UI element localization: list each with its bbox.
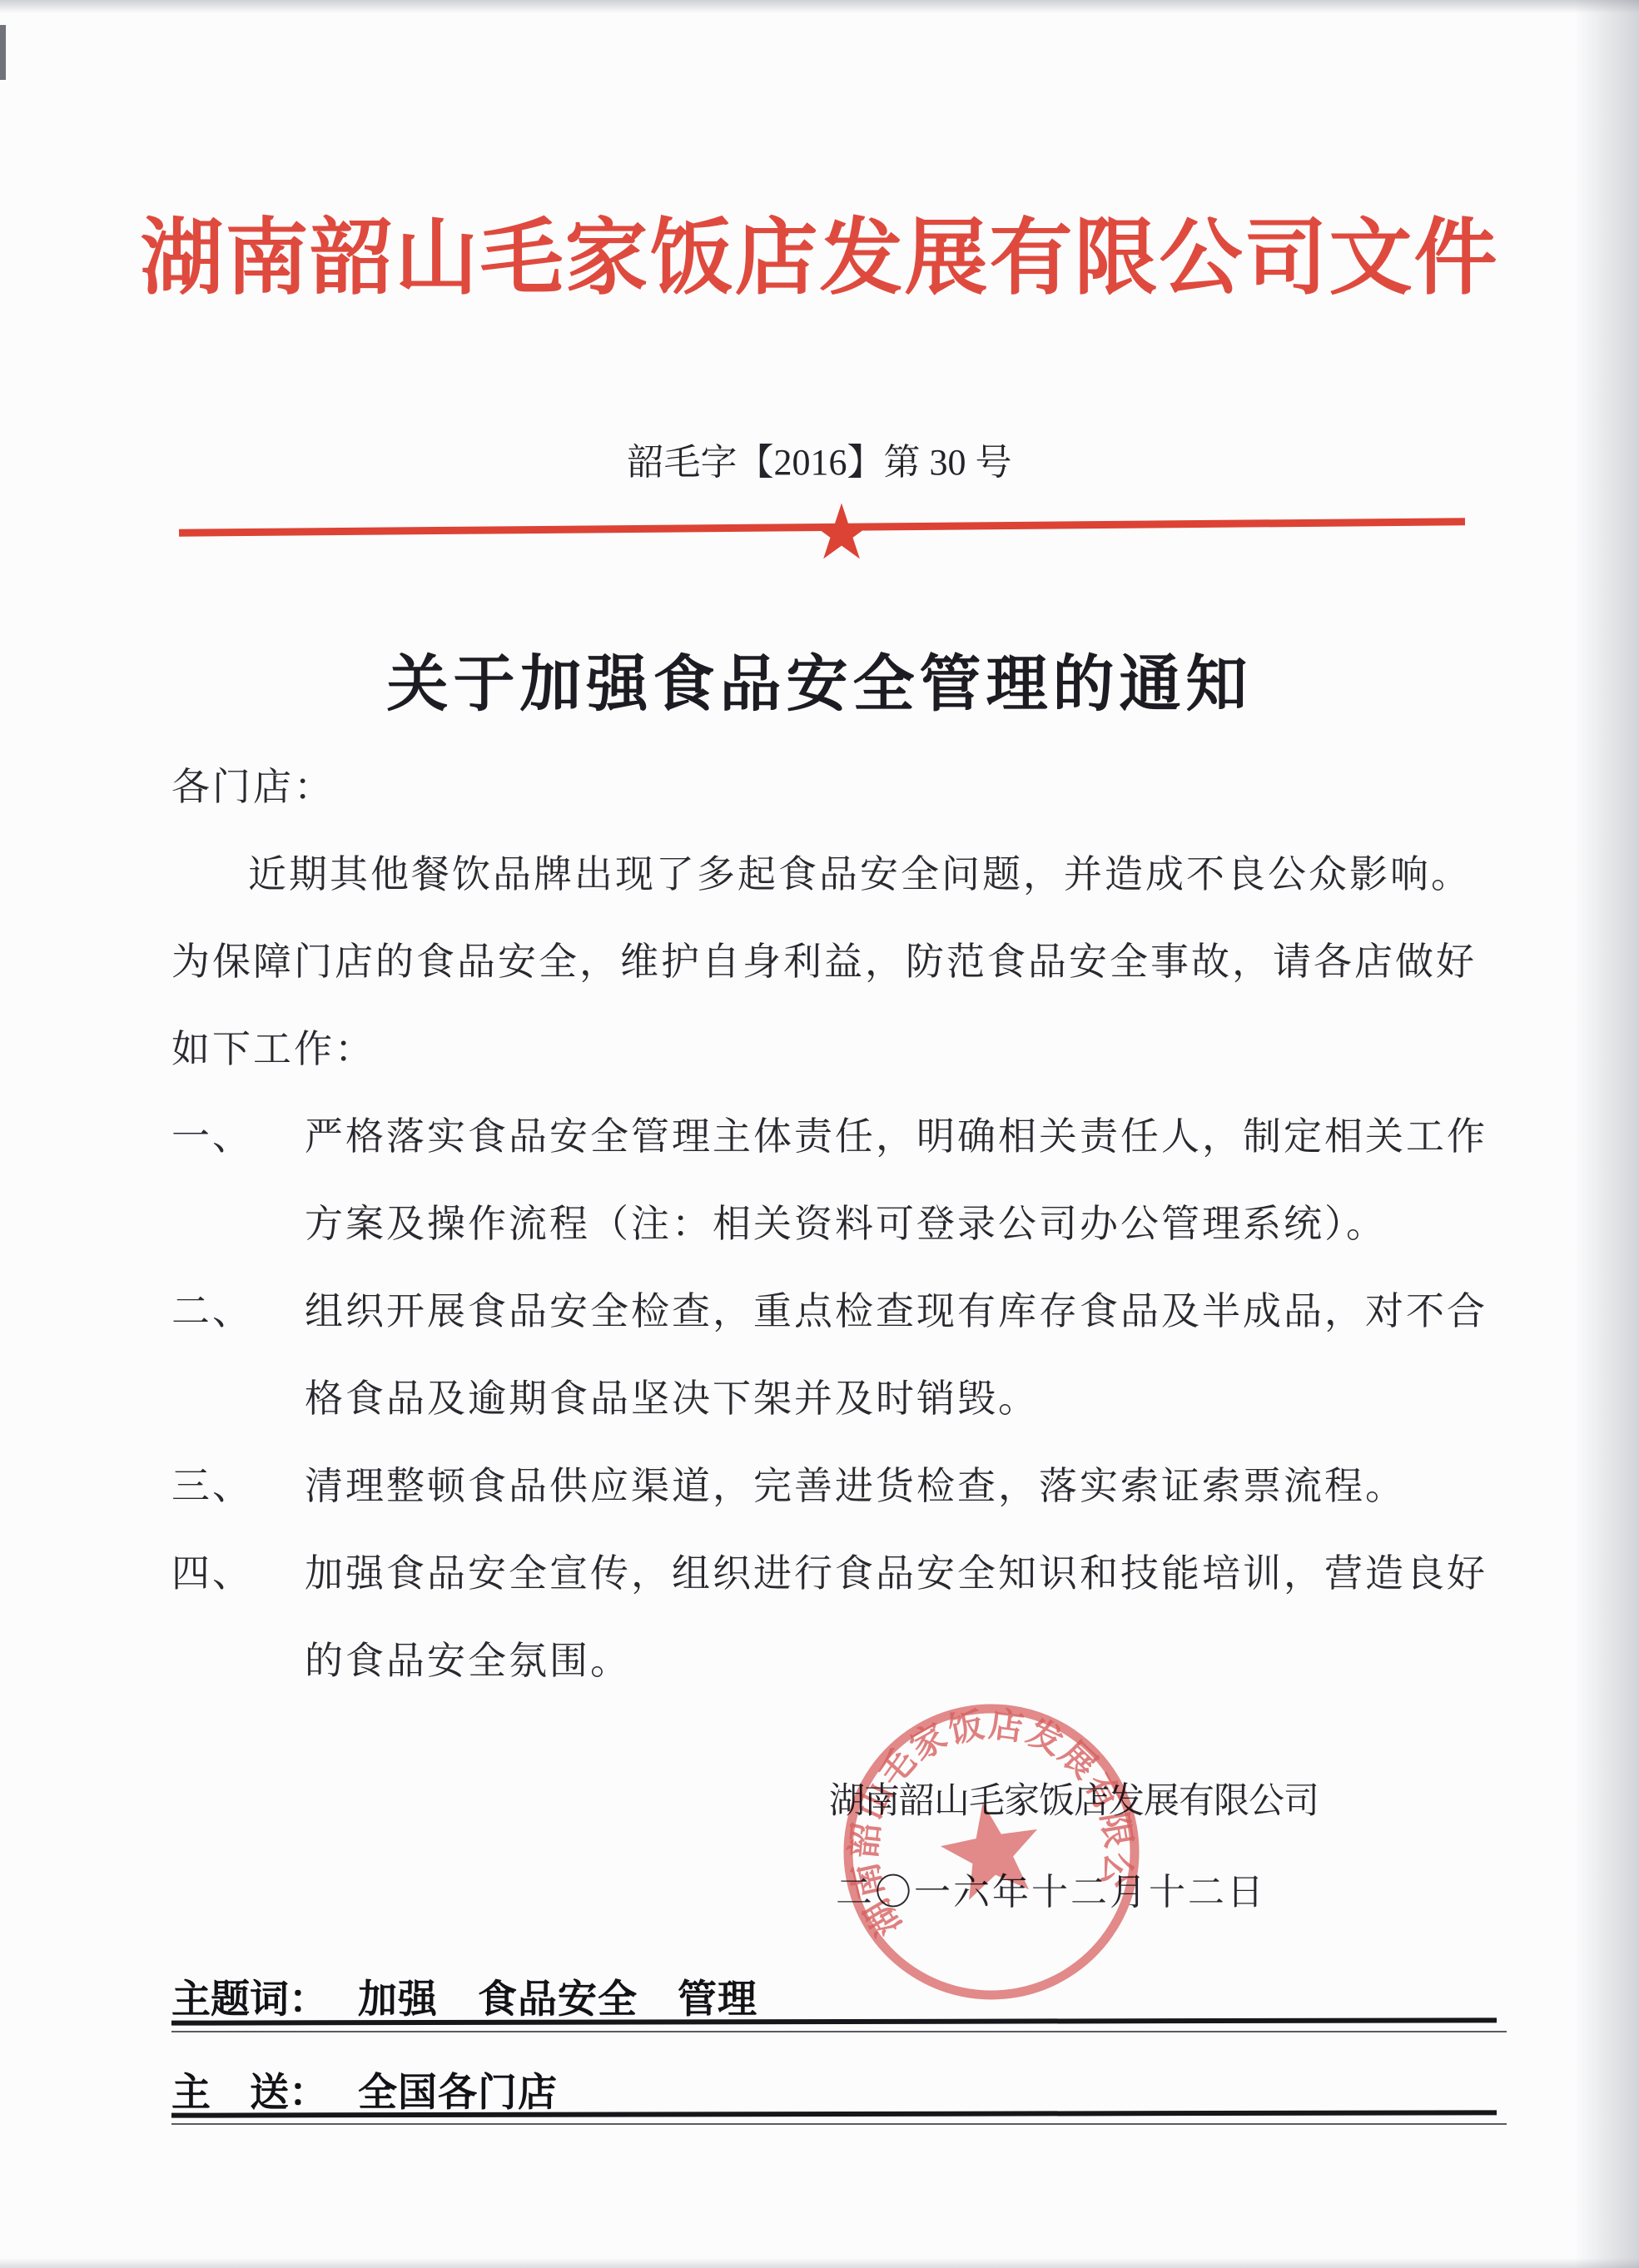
star-icon: ★	[802, 491, 882, 574]
body-item-4: 四、加强食品安全宣传，组织进行食品安全知识和技能培训，营造良好	[171, 1530, 1512, 1617]
keywords-label: 主题词：	[171, 1977, 328, 2021]
body-line-salutation: 各门店：	[171, 743, 1512, 831]
letterhead-org-title: 湖南韶山毛家饭店发展有限公司文件	[0, 205, 1639, 313]
body-item-1-cont: 方案及操作流程（注：相关资料可登录公司办公管理系统）。	[171, 1180, 1512, 1268]
seal-star-icon	[934, 1794, 1047, 1903]
body-item-3: 三、清理整顿食品供应渠道，完善进货检查，落实索证索票流程。	[171, 1442, 1512, 1530]
company-seal-stamp: 湖南韶山毛家饭店发展有限公司	[831, 1691, 1152, 2012]
body-line: 如下工作：	[171, 1005, 1512, 1093]
send-row: 主 送：全国各门店	[171, 2069, 558, 2116]
scan-artifact-mark	[0, 25, 6, 80]
document-page: 湖南韶山毛家饭店发展有限公司文件 韶毛字【2016】第 30 号 ★ 关于加强食…	[0, 0, 1639, 2268]
notice-body: 各门店： 近期其他餐饮品牌出现了多起食品安全问题，并造成不良公众影响。 为保障门…	[171, 743, 1512, 1705]
keywords-row: 主题词：加强 食品安全 管理	[171, 1976, 757, 2022]
body-line: 为保障门店的食品安全，维护自身利益，防范食品安全事故，请各店做好	[171, 918, 1512, 1005]
keywords-underline-thin	[171, 2031, 1507, 2032]
send-label: 主 送：	[171, 2070, 328, 2114]
body-item-2-cont: 格食品及逾期食品坚决下架并及时销毁。	[171, 1355, 1512, 1442]
document-number: 韶毛字【2016】第 30 号	[0, 439, 1639, 486]
scan-edge-right	[1574, 0, 1639, 2268]
body-item-2: 二、组织开展食品安全检查，重点检查现有库存食品及半成品，对不合	[171, 1268, 1512, 1355]
body-line: 近期其他餐饮品牌出现了多起食品安全问题，并造成不良公众影响。	[171, 831, 1512, 918]
notice-title: 关于加强食品安全管理的通知	[0, 648, 1639, 722]
keywords-value: 加强 食品安全 管理	[358, 1977, 757, 2021]
body-item-1: 一、严格落实食品安全管理主体责任，明确相关责任人，制定相关工作	[171, 1093, 1512, 1180]
scan-edge-top	[0, 0, 1639, 13]
send-value: 全国各门店	[358, 2070, 558, 2114]
scan-edge-bottom	[0, 2258, 1639, 2268]
send-underline-thin	[171, 2123, 1507, 2125]
